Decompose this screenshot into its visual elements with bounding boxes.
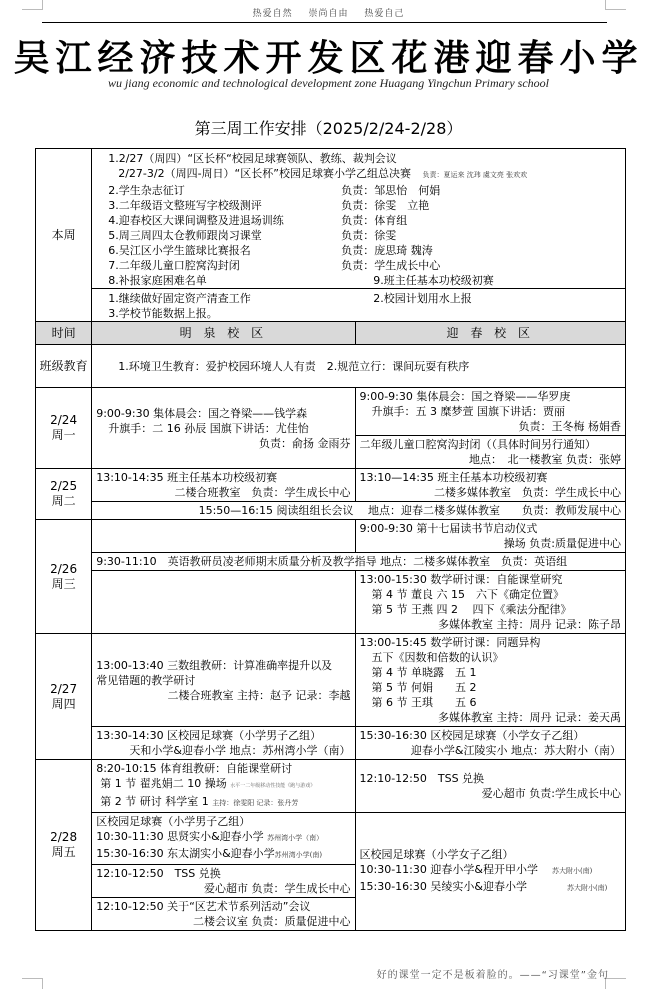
school-motto: 热爱自然 崇尚自由 热爱自己 <box>0 6 657 19</box>
event-line: 爱心超市 负责：学生成长中心 <box>96 881 350 896</box>
event-note: 苏州湾小学（南） <box>267 834 323 842</box>
event-line: 多媒体教室 主持：周丹 记录：陈子昂 <box>360 617 622 632</box>
day-row-wed: 2/26周三 9:00-9:30 第十七届读书节启动仪式 操场 负责:质量促进中… <box>36 520 626 553</box>
this-week-item: 6.吴江区小学生篮球比赛报名负责：庞思琦 魏涛 <box>108 243 621 258</box>
day-row-thu-b: 13:30-14:30 区校园足球赛（小学男子乙组） 天和小学&迎春小学 地点：… <box>36 727 626 760</box>
event-line: 10:30-11:30 思贤实小&迎春小学 <box>96 830 263 843</box>
page-corner-mark <box>22 978 43 989</box>
item-text: 2.校园计划用水上报 <box>373 291 472 306</box>
event-line: 13:00-15:30 数学研讨课：自能课堂研究 <box>360 572 622 587</box>
day-date: 2/27 <box>40 682 87 697</box>
event-line: 第 4 节 董良 六 15 六下《确定位置》 <box>360 587 622 602</box>
this-week-item: 5.周三周四太仓教师跟岗习课堂负责：徐雯 <box>108 228 621 243</box>
tue-yingchun: 13:10—14:35 班主任基本功校级初赛 二楼多媒体教室 负责：学生成长中心 <box>355 469 626 502</box>
event-line: 第 4 节 单晓露 五 1 <box>360 665 622 680</box>
thu-mingquan-1: 13:00-13:40 三数组教研：计算准确率提升以及 常见错题的教学研讨 二楼… <box>92 634 355 727</box>
event-line: 第 6 节 王琪 五 6 <box>360 695 622 710</box>
day-label-mon: 2/24周一 <box>36 388 92 469</box>
item-text: 8.补报家庭困难名单 <box>108 273 373 288</box>
event-line: 12:10-12:50 TSS 兑换 <box>360 771 622 786</box>
event-line: 操场 负责:质量促进中心 <box>360 536 622 551</box>
this-week-item: 3.学校节能数据上报。 <box>108 306 621 321</box>
item-owner: 负责：学生成长中心 <box>341 258 440 273</box>
day-row-tue: 2/25周二 13:10-14:35 班主任基本功校级初赛 二楼合班教室 负责：… <box>36 469 626 502</box>
col-time: 时间 <box>36 322 92 345</box>
wed-mingquan-empty <box>92 520 355 553</box>
mon-mingquan: 9:00-9:30 集体晨会：国之脊梁——钱学森 升旗手：二 16 孙辰 国旗下… <box>92 388 355 469</box>
event-line: 15:30-16:30 东太湖实小&迎春小学 <box>96 847 274 860</box>
event-line: 爱心超市 负责:学生成长中心 <box>360 786 622 801</box>
this-week-item: 4.迎春校区大课间调整及进退场训练负责：体育组 <box>108 213 621 228</box>
event-line: 区校园足球赛（小学男子乙组） <box>96 814 350 829</box>
event-line: 9:00-9:30 集体晨会：国之脊梁——华罗庚 <box>360 389 622 404</box>
event-line: 二楼多媒体教室 负责：学生成长中心 <box>360 485 622 500</box>
day-row-wed-b: 9:30-11:10 英语教研员凌老师期末质量分析及教学指导 地点：二楼多媒体教… <box>36 553 626 571</box>
day-date: 2/24 <box>40 413 87 428</box>
this-week-items: 1.2/27（周四）“区长杯“校园足球赛领队、教练、裁判会议 2/27-3/2（… <box>92 149 626 289</box>
header-rule-page-width-9 <box>42 22 483 23</box>
item-owner: 负责：庞思琦 魏涛 <box>341 243 433 258</box>
event-line: 12:10-12:50 TSS 兑换 <box>96 866 350 881</box>
event-line: 第 1 节 翟兆娟二 10 操场 <box>100 777 226 790</box>
event-note: 苏州湾小学(南) <box>275 851 322 859</box>
item-text: 7.二年级儿童口腔窝沟封闭 <box>108 258 341 273</box>
day-weekday: 周二 <box>40 494 87 509</box>
header-rule-right-part <box>483 22 607 23</box>
col-yingchun: 迎 春 校 区 <box>355 322 626 345</box>
fri-mingquan-1: 8:20-10:15 体育组教研：自能课堂研讨 第 1 节 翟兆娟二 10 操场… <box>92 760 355 813</box>
this-week-item: 8.补报家庭困难名单9.班主任基本功校级初赛 <box>108 273 621 288</box>
column-header-row: 时间 明 泉 校 区 迎 春 校 区 <box>36 322 626 345</box>
event-line: 13:00-15:45 数学研讨课：同题异构 <box>360 635 622 650</box>
event-line: 13:10-14:35 班主任基本功校级初赛 <box>96 470 350 485</box>
day-label-wed: 2/26周三 <box>36 520 92 634</box>
class-edu-text: 1.环境卫生教育：爱护校园环境人人有责 2.规范立行：课间玩耍有秩序 <box>92 345 626 388</box>
fri-mingquan-3: 12:10-12:50 TSS 兑换 爱心超市 负责：学生成长中心 <box>92 865 355 898</box>
day-label-tue: 2/25周二 <box>36 469 92 520</box>
event-line: 9:00-9:30 集体晨会：国之脊梁——钱学森 <box>96 406 350 421</box>
event-note: 苏大附小(南) <box>567 884 607 892</box>
fri-mingquan-4: 12:10-12:50 关于“区艺术节系列活动”会议 二楼会议室 负责：质量促进… <box>92 898 355 931</box>
day-weekday: 周四 <box>40 697 87 712</box>
event-line: 15:30-16:30 吴绫实小&迎春小学 <box>360 880 527 893</box>
event-line: 12:10-12:50 关于“区艺术节系列活动”会议 <box>96 899 350 914</box>
this-week-item: 1.2/27（周四）“区长杯“校园足球赛领队、教练、裁判会议 <box>108 151 621 166</box>
item-owner: 负责：徐雯 立艳 <box>341 198 429 213</box>
fri-mingquan-2: 区校园足球赛（小学男子乙组） 10:30-11:30 思贤实小&迎春小学 苏州湾… <box>92 813 355 865</box>
item-text: 3.二年级语文整班写字校级测评 <box>108 198 341 213</box>
thu-yingchun-1: 13:00-15:45 数学研讨课：同题异构 五下《因数和倍数的认识》 第 4 … <box>355 634 626 727</box>
event-line: 区校园足球赛（小学女子乙组） <box>360 847 622 862</box>
class-edu-row: 班级教育 1.环境卫生教育：爱护校园环境人人有责 2.规范立行：课间玩耍有秩序 <box>36 345 626 388</box>
event-line: 迎春小学&江陵实小 地点：苏大附小（南） <box>360 743 622 758</box>
item-text: 4.迎春校区大课间调整及进退场训练 <box>108 213 341 228</box>
day-row-fri-b: 区校园足球赛（小学男子乙组） 10:30-11:30 思贤实小&迎春小学 苏州湾… <box>36 813 626 865</box>
day-label-thu: 2/27周四 <box>36 634 92 760</box>
motto-item: 热爱自己 <box>364 9 404 19</box>
thu-mingquan-2: 13:30-14:30 区校园足球赛（小学男子乙组） 天和小学&迎春小学 地点：… <box>92 727 355 760</box>
item-owner: 负责：体育组 <box>341 213 407 228</box>
item-text: 1.继续做好固定资产清查工作 <box>108 291 373 306</box>
class-edu-label: 班级教育 <box>36 345 92 388</box>
day-label-fri: 2/28周五 <box>36 760 92 931</box>
motto-item: 热爱自然 <box>253 9 293 19</box>
event-line: 二年级儿童口腔窝沟封闭（（具体时间另行通知） <box>360 437 622 452</box>
event-line: 第 5 节 王燕 四 2 四下《乘法分配律》 <box>360 602 622 617</box>
item-owner: 负责：徐雯 <box>341 228 396 243</box>
event-line: 五下《因数和倍数的认识》 <box>360 650 622 665</box>
day-row-tue-b: 15:50—16:15 阅读组组长会议 地点：迎春二楼多媒体教室 负责：教师发展… <box>36 502 626 520</box>
event-line: 地点： 北一楼教室 负责：张婷 <box>360 452 622 467</box>
col-mingquan: 明 泉 校 区 <box>92 322 355 345</box>
wed-shared: 9:30-11:10 英语教研员凌老师期末质量分析及教学指导 地点：二楼多媒体教… <box>92 553 626 571</box>
this-week-item: 1.继续做好固定资产清查工作2.校园计划用水上报 <box>108 291 621 306</box>
event-line: 8:20-10:15 体育组教研：自能课堂研讨 <box>96 761 350 776</box>
this-week-row-b: 1.继续做好固定资产清查工作2.校园计划用水上报 3.学校节能数据上报。 <box>36 289 626 322</box>
school-name-cn: 吴江经济技术开发区花港迎春小学 <box>0 30 657 81</box>
day-row-thu: 2/27周四 13:00-13:40 三数组教研：计算准确率提升以及 常见错题的… <box>36 634 626 727</box>
mon-yingchun-1: 9:00-9:30 集体晨会：国之脊梁——华罗庚 升旗手：五 3 糜梦萱 国旗下… <box>355 388 626 436</box>
event-line: 13:10—14:35 班主任基本功校级初赛 <box>360 470 622 485</box>
page-title: 第三周工作安排（2025/2/24-2/28） <box>0 116 657 139</box>
day-weekday: 周五 <box>40 845 87 860</box>
item-owner: 负责：夏运来 沈玮 虞文亮 张欢欢 <box>422 171 527 179</box>
event-line: 二楼合班教室 负责：学生成长中心 <box>96 485 350 500</box>
day-weekday: 周三 <box>40 577 87 592</box>
day-date: 2/26 <box>40 562 87 577</box>
event-line: 第 5 节 何娟 五 2 <box>360 680 622 695</box>
item-text: 2.学生杂志征订 <box>108 183 341 198</box>
day-row-mon: 2/24周一 9:00-9:30 集体晨会：国之脊梁——钱学森 升旗手：二 16… <box>36 388 626 436</box>
tue-shared: 15:50—16:15 阅读组组长会议 地点：迎春二楼多媒体教室 负责：教师发展… <box>92 502 626 520</box>
motto-item: 崇尚自由 <box>308 9 348 19</box>
this-week-items-b: 1.继续做好固定资产清查工作2.校园计划用水上报 3.学校节能数据上报。 <box>92 289 626 322</box>
item-text: 6.吴江区小学生篮球比赛报名 <box>108 243 341 258</box>
event-line: 9:00-9:30 第十七届读书节启动仪式 <box>360 521 622 536</box>
school-name-en: wu jiang economic and technological deve… <box>0 76 657 91</box>
event-line: 二楼合班教室 主持：赵予 记录：李越 <box>96 688 350 703</box>
fri-yingchun-1: 12:10-12:50 TSS 兑换 爱心超市 负责:学生成长中心 <box>355 760 626 813</box>
this-week-label: 本周 <box>36 149 92 322</box>
this-week-item: 7.二年级儿童口腔窝沟封闭负责：学生成长中心 <box>108 258 621 273</box>
event-line: 13:30-14:30 区校园足球赛（小学男子乙组） <box>96 728 350 743</box>
mon-yingchun-2: 二年级儿童口腔窝沟封闭（（具体时间另行通知） 地点： 北一楼教室 负责：张婷 <box>355 436 626 469</box>
day-date: 2/28 <box>40 830 87 845</box>
this-week-row: 本周 1.2/27（周四）“区长杯“校园足球赛领队、教练、裁判会议 2/27-3… <box>36 149 626 289</box>
event-line: 负责：王冬梅 杨娟香 <box>360 419 622 434</box>
schedule-table: 本周 1.2/27（周四）“区长杯“校园足球赛领队、教练、裁判会议 2/27-3… <box>35 148 626 931</box>
event-line: 升旗手：二 16 孙辰 国旗下讲话：尤佳怡 <box>96 421 350 436</box>
event-note: 水平一二年级移动性技能《跑与游戏》 <box>230 783 315 789</box>
event-line: 常见错题的教学研讨 <box>96 673 350 688</box>
event-line: 10:30-11:30 迎春小学&程开甲小学 <box>360 863 538 876</box>
event-line: 天和小学&迎春小学 地点：苏州湾小学（南） <box>96 743 350 758</box>
day-row-wed-c: 13:00-15:30 数学研讨课：自能课堂研究 第 4 节 董良 六 15 六… <box>36 571 626 634</box>
item-text: 2/27-3/2（周四-周日）“区长杯”校园足球赛小学乙组总决赛 <box>118 167 411 180</box>
item-text: 9.班主任基本功校级初赛 <box>373 273 494 288</box>
wed-yingchun-2: 13:00-15:30 数学研讨课：自能课堂研究 第 4 节 董良 六 15 六… <box>355 571 626 634</box>
day-row-fri: 2/28周五 8:20-10:15 体育组教研：自能课堂研讨 第 1 节 翟兆娟… <box>36 760 626 813</box>
event-note: 主持：徐雯阳 记录：张丹芳 <box>212 799 298 807</box>
wed-yingchun-1: 9:00-9:30 第十七届读书节启动仪式 操场 负责:质量促进中心 <box>355 520 626 553</box>
item-text: 5.周三周四太仓教师跟岗习课堂 <box>108 228 341 243</box>
event-line: 多媒体教室 主持：周丹 记录：姜天禹 <box>360 710 622 725</box>
event-line: 第 2 节 研讨 科学室 1 <box>100 795 208 808</box>
event-line: 负责：俞扬 金雨芬 <box>96 436 350 451</box>
day-date: 2/25 <box>40 479 87 494</box>
day-weekday: 周一 <box>40 428 87 443</box>
event-line: 升旗手：五 3 糜梦萱 国旗下讲话：贾丽 <box>360 404 622 419</box>
event-line: 13:00-13:40 三数组教研：计算准确率提升以及 <box>96 658 350 673</box>
this-week-item: 2.学生杂志征订负责：邹思怡 何娟 <box>108 183 621 198</box>
item-owner: 负责：邹思怡 何娟 <box>341 183 440 198</box>
event-line: 二楼会议室 负责：质量促进中心 <box>96 914 350 929</box>
this-week-item: 2/27-3/2（周四-周日）“区长杯”校园足球赛小学乙组总决赛 负责：夏运来 … <box>108 166 621 183</box>
this-week-item: 3.二年级语文整班写字校级测评负责：徐雯 立艳 <box>108 198 621 213</box>
tue-mingquan: 13:10-14:35 班主任基本功校级初赛 二楼合班教室 负责：学生成长中心 <box>92 469 355 502</box>
event-line: 15:30-16:30 区校园足球赛（小学女子乙组） <box>360 728 622 743</box>
thu-yingchun-2: 15:30-16:30 区校园足球赛（小学女子乙组） 迎春小学&江陵实小 地点：… <box>355 727 626 760</box>
event-note: 苏大附小(南) <box>552 867 592 875</box>
wed-mingquan-empty-2 <box>92 571 355 634</box>
footer-quote: 好的课堂一定不是板着脸的。——“习课堂”金句 <box>377 966 609 981</box>
fri-yingchun-2: 区校园足球赛（小学女子乙组） 10:30-11:30 迎春小学&程开甲小学苏大附… <box>355 813 626 931</box>
